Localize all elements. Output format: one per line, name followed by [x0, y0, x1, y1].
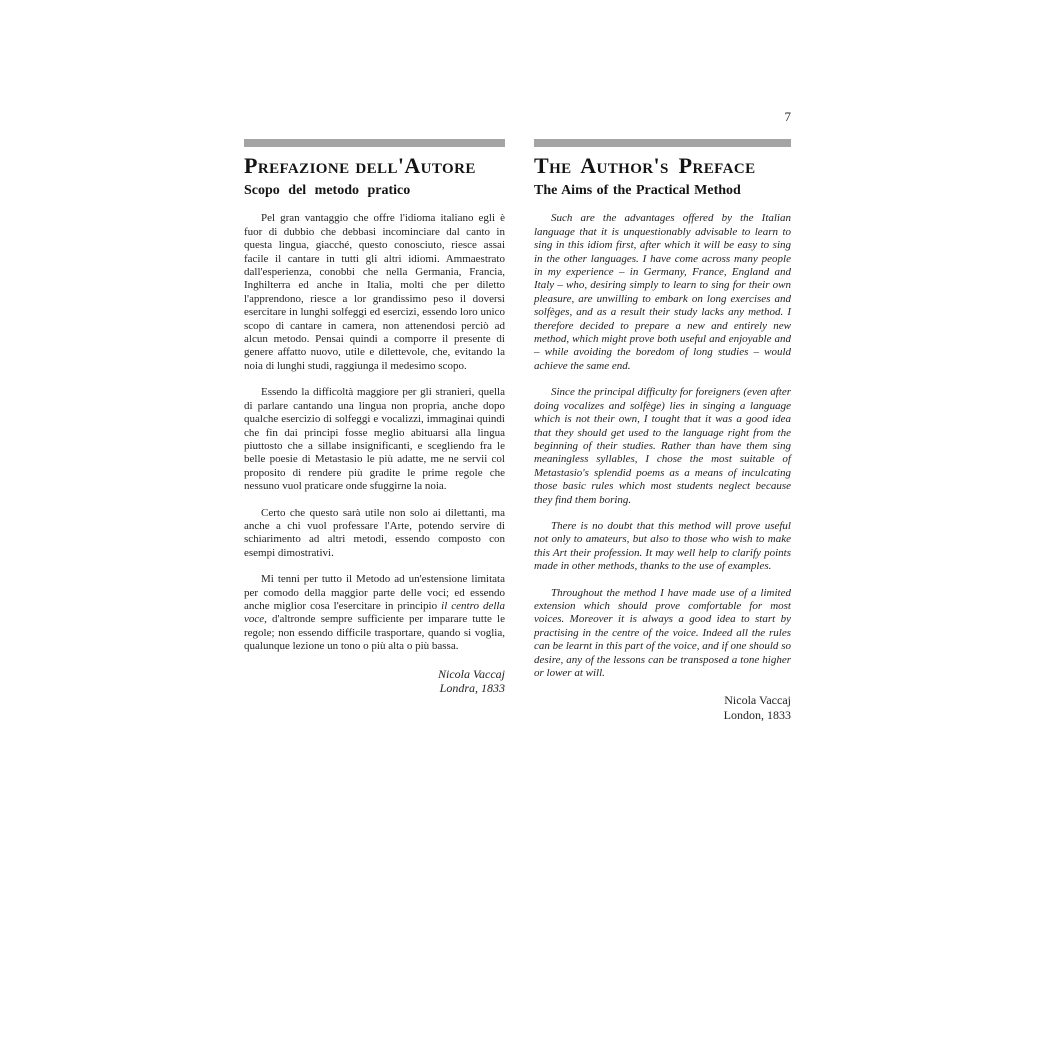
paragraph: Since the principal difficulty for forei…: [534, 386, 791, 507]
signature-place-date: Londra, 1833: [244, 681, 505, 696]
signature-name: Nicola Vaccaj: [244, 667, 505, 682]
paragraph: Pel gran vantaggio che offre l'idioma it…: [244, 212, 505, 373]
column-body: Such are the advantages offered by the I…: [534, 212, 791, 680]
signature-place-date: London, 1833: [534, 708, 791, 723]
paragraph: Such are the advantages offered by the I…: [534, 212, 791, 373]
section-rule: [244, 139, 505, 147]
signature: Nicola Vaccaj Londra, 1833: [244, 667, 505, 696]
paragraph: Essendo la difficoltà maggiore per gli s…: [244, 386, 505, 493]
column-title: The Author's Preface: [534, 154, 791, 179]
column-italian: Prefazione dell'Autore Scopo del metodo …: [244, 139, 505, 722]
signature: Nicola Vaccaj London, 1833: [534, 693, 791, 722]
page-number: 7: [533, 109, 791, 124]
column-title: Prefazione dell'Autore: [244, 154, 505, 179]
signature-name: Nicola Vaccaj: [534, 693, 791, 708]
column-english: The Author's Preface The Aims of the Pra…: [534, 139, 791, 722]
columns-container: Prefazione dell'Autore Scopo del metodo …: [244, 139, 791, 722]
paragraph: Mi tenni per tutto il Metodo ad un'esten…: [244, 573, 505, 653]
book-page: 7 Prefazione dell'Autore Scopo del metod…: [0, 0, 1050, 1050]
column-subtitle: The Aims of the Practical Method: [534, 183, 791, 200]
paragraph: There is no doubt that this method will …: [534, 520, 791, 574]
paragraph: Certo che questo sarà utile non solo ai …: [244, 507, 505, 561]
paragraph: Throughout the method I have made use of…: [534, 587, 791, 681]
section-rule: [534, 139, 791, 147]
column-body: Pel gran vantaggio che offre l'idioma it…: [244, 212, 505, 653]
column-subtitle: Scopo del metodo pratico: [244, 183, 505, 200]
